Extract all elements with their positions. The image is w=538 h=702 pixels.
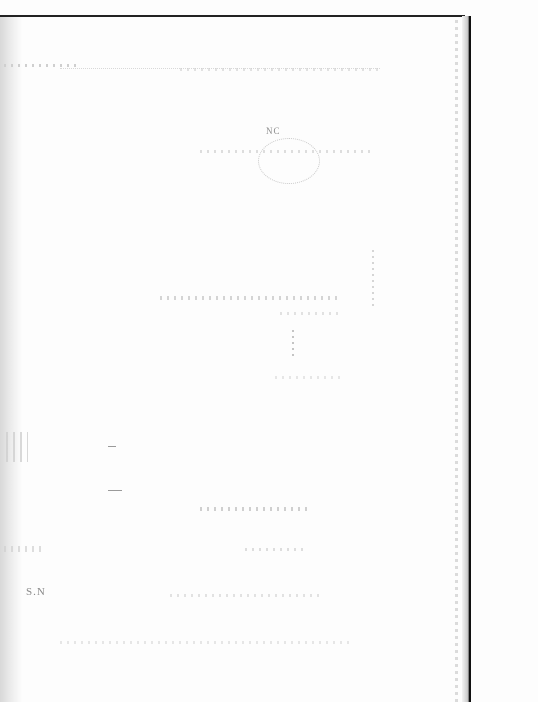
text-frame: [60, 68, 380, 639]
footer-speckle: [60, 641, 350, 644]
small-rule: [108, 490, 122, 491]
ornament-stem: [292, 330, 294, 358]
bleed-through-mark: [4, 546, 44, 552]
title-line-1: [200, 150, 375, 153]
bleed-through-mark: [6, 432, 28, 462]
header-speckle: [180, 68, 380, 71]
imprint-line-1: [200, 507, 310, 511]
top-border-rule: [0, 15, 465, 17]
right-page-edge: [462, 16, 471, 702]
left-gutter-shadow: [0, 16, 22, 702]
scanned-page: NC S.N: [0, 0, 538, 702]
margin-speckle: [4, 64, 76, 67]
ornament-base: [275, 376, 345, 379]
subtitle-line: [280, 312, 340, 315]
frame-right-marks: [372, 250, 374, 310]
margin-fragment: S.N: [26, 586, 46, 598]
title-line-2: [160, 296, 340, 300]
ornament-fragment: NC: [266, 126, 281, 136]
small-rule: [108, 446, 116, 447]
imprint-line-2: [245, 548, 305, 551]
ornament-vignette: [258, 138, 320, 184]
imprint-line-3: [170, 594, 320, 597]
page-stack-edge: [455, 20, 458, 702]
